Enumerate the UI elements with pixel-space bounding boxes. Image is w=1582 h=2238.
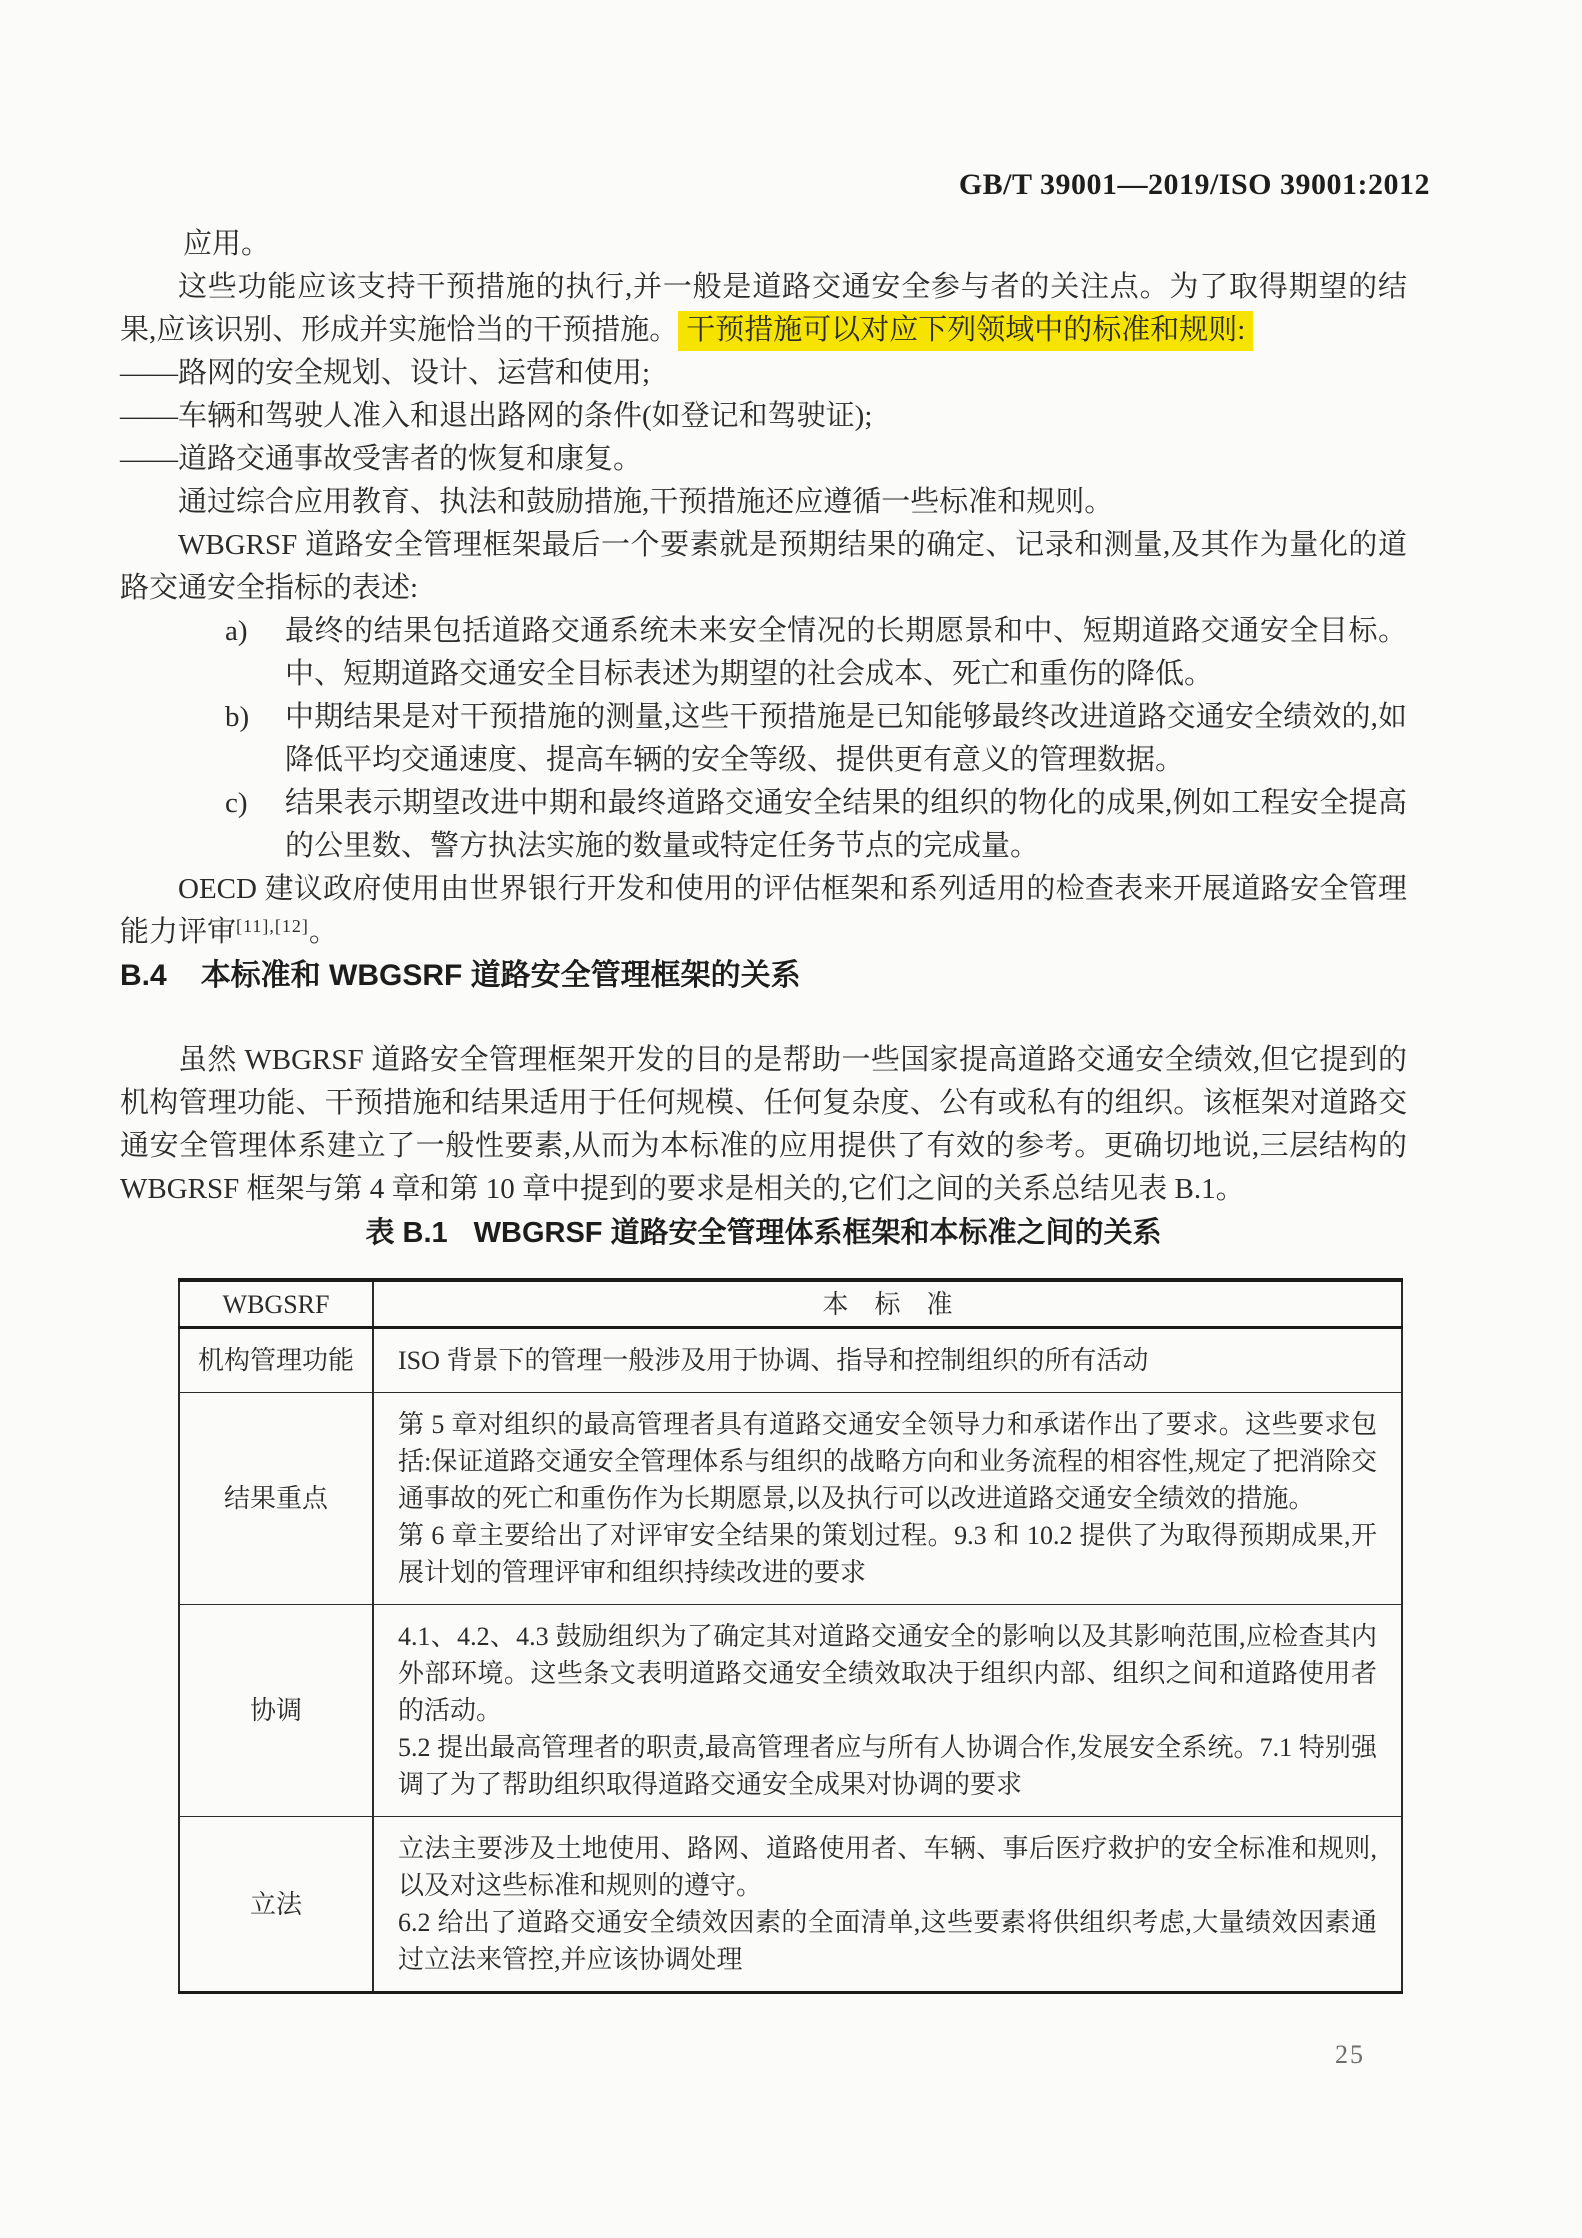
paragraph-intro: 这些功能应该支持干预措施的执行,并一般是道路交通安全参与者的关注点。为了取得期望… bbox=[120, 266, 1407, 352]
table-row: 机构管理功能 ISO 背景下的管理一般涉及用于协调、指导和控制组织的所有活动 bbox=[179, 1328, 1402, 1393]
paragraph-fragment: 应用。 bbox=[120, 223, 1407, 266]
cell-paragraph: ISO 背景下的管理一般涉及用于协调、指导和控制组织的所有活动 bbox=[398, 1342, 1377, 1379]
row-label: 立法 bbox=[179, 1817, 373, 1993]
cell-paragraph: 5.2 提出最高管理者的职责,最高管理者应与所有人协调合作,发展安全系统。7.1… bbox=[398, 1729, 1377, 1803]
section-number: B.4 bbox=[120, 959, 167, 992]
paragraph-education: 通过综合应用教育、执法和鼓励措施,干预措施还应遵循一些标准和规则。 bbox=[120, 481, 1407, 524]
row-label: 协调 bbox=[179, 1605, 373, 1817]
table-row: 结果重点 第 5 章对组织的最高管理者具有道路交通安全领导力和承诺作出了要求。这… bbox=[179, 1393, 1402, 1605]
item-text: 结果表示期望改进中期和最终道路交通安全结果的组织的物化的成果,例如工程安全提高的… bbox=[285, 787, 1407, 862]
cell-paragraph: 第 5 章对组织的最高管理者具有道路交通安全领导力和承诺作出了要求。这些要求包括… bbox=[398, 1406, 1377, 1517]
row-content: 第 5 章对组织的最高管理者具有道路交通安全领导力和承诺作出了要求。这些要求包括… bbox=[373, 1393, 1402, 1605]
table-b1: WBGSRF 本标准 机构管理功能 ISO 背景下的管理一般涉及用于协调、指导和… bbox=[178, 1278, 1403, 1994]
item-marker: a) bbox=[225, 610, 248, 653]
table-caption-title: WBGRSF 道路安全管理体系框架和本标准之间的关系 bbox=[474, 1217, 1162, 1249]
lettered-item-b: b) 中期结果是对干预措施的测量,这些干预措施是已知能够最终改进道路交通安全绩效… bbox=[120, 696, 1407, 782]
section-paragraph: 虽然 WBGRSF 道路安全管理框架开发的目的是帮助一些国家提高道路交通安全绩效… bbox=[120, 1039, 1407, 1211]
page-number: 25 bbox=[1335, 2040, 1365, 2070]
paragraph-wbgrsf: WBGRSF 道路安全管理框架最后一个要素就是预期结果的确定、记录和测量,及其作… bbox=[120, 524, 1407, 610]
item-text: 中期结果是对干预措施的测量,这些干预措施是已知能够最终改进道路交通安全绩效的,如… bbox=[285, 701, 1407, 776]
item-marker: c) bbox=[225, 782, 248, 825]
citation-superscript: [11],[12] bbox=[236, 916, 309, 936]
table-header-wbgsrf: WBGSRF bbox=[179, 1280, 373, 1328]
row-label: 结果重点 bbox=[179, 1393, 373, 1605]
section-heading-b4: B.4本标准和 WBGSRF 道路安全管理框架的关系 bbox=[120, 954, 1407, 998]
row-content: 立法主要涉及土地使用、路网、道路使用者、车辆、事后医疗救护的安全标准和规则,以及… bbox=[373, 1817, 1402, 1993]
highlighted-text: 干预措施可以对应下列领域中的标准和规则: bbox=[678, 311, 1253, 351]
dash-list-item: ——车辆和驾驶人准入和退出路网的条件(如登记和驾驶证); bbox=[120, 395, 1407, 438]
cell-paragraph: 6.2 给出了道路交通安全绩效因素的全面清单,这些要素将供组织考虑,大量绩效因素… bbox=[398, 1904, 1377, 1978]
table-caption-number: 表 B.1 bbox=[365, 1217, 447, 1249]
row-content: 4.1、4.2、4.3 鼓励组织为了确定其对道路交通安全的影响以及其影响范围,应… bbox=[373, 1605, 1402, 1817]
table-caption: 表 B.1WBGRSF 道路安全管理体系框架和本标准之间的关系 bbox=[120, 1211, 1407, 1255]
lettered-item-c: c) 结果表示期望改进中期和最终道路交通安全结果的组织的物化的成果,例如工程安全… bbox=[120, 782, 1407, 868]
dash-list-item: ——道路交通事故受害者的恢复和康复。 bbox=[120, 438, 1407, 481]
paragraph-oecd-period: 。 bbox=[309, 916, 338, 948]
document-page: GB/T 39001—2019/ISO 39001:2012 应用。 这些功能应… bbox=[0, 0, 1582, 2238]
paragraph-oecd: OECD 建议政府使用由世界银行开发和使用的评估框架和系列适用的检查表来开展道路… bbox=[120, 868, 1407, 954]
item-marker: b) bbox=[225, 696, 249, 739]
cell-paragraph: 4.1、4.2、4.3 鼓励组织为了确定其对道路交通安全的影响以及其影响范围,应… bbox=[398, 1618, 1377, 1729]
cell-paragraph: 第 6 章主要给出了对评审安全结果的策划过程。9.3 和 10.2 提供了为取得… bbox=[398, 1517, 1377, 1591]
cell-paragraph: 立法主要涉及土地使用、路网、道路使用者、车辆、事后医疗救护的安全标准和规则,以及… bbox=[398, 1830, 1377, 1904]
dash-list-item: ——路网的安全规划、设计、运营和使用; bbox=[120, 352, 1407, 395]
item-text: 最终的结果包括道路交通系统未来安全情况的长期愿景和中、短期道路交通安全目标。中、… bbox=[285, 615, 1407, 690]
table-header-row: WBGSRF 本标准 bbox=[179, 1280, 1402, 1328]
row-content: ISO 背景下的管理一般涉及用于协调、指导和控制组织的所有活动 bbox=[373, 1328, 1402, 1393]
standard-number-header: GB/T 39001—2019/ISO 39001:2012 bbox=[120, 168, 1430, 202]
table-header-standard: 本标准 bbox=[373, 1280, 1402, 1328]
section-title: 本标准和 WBGSRF 道路安全管理框架的关系 bbox=[201, 959, 801, 992]
table-row: 立法 立法主要涉及土地使用、路网、道路使用者、车辆、事后医疗救护的安全标准和规则… bbox=[179, 1817, 1402, 1993]
row-label: 机构管理功能 bbox=[179, 1328, 373, 1393]
main-text-block: 应用。 这些功能应该支持干预措施的执行,并一般是道路交通安全参与者的关注点。为了… bbox=[120, 223, 1407, 1994]
table-row: 协调 4.1、4.2、4.3 鼓励组织为了确定其对道路交通安全的影响以及其影响范… bbox=[179, 1605, 1402, 1817]
lettered-item-a: a) 最终的结果包括道路交通系统未来安全情况的长期愿景和中、短期道路交通安全目标… bbox=[120, 610, 1407, 696]
